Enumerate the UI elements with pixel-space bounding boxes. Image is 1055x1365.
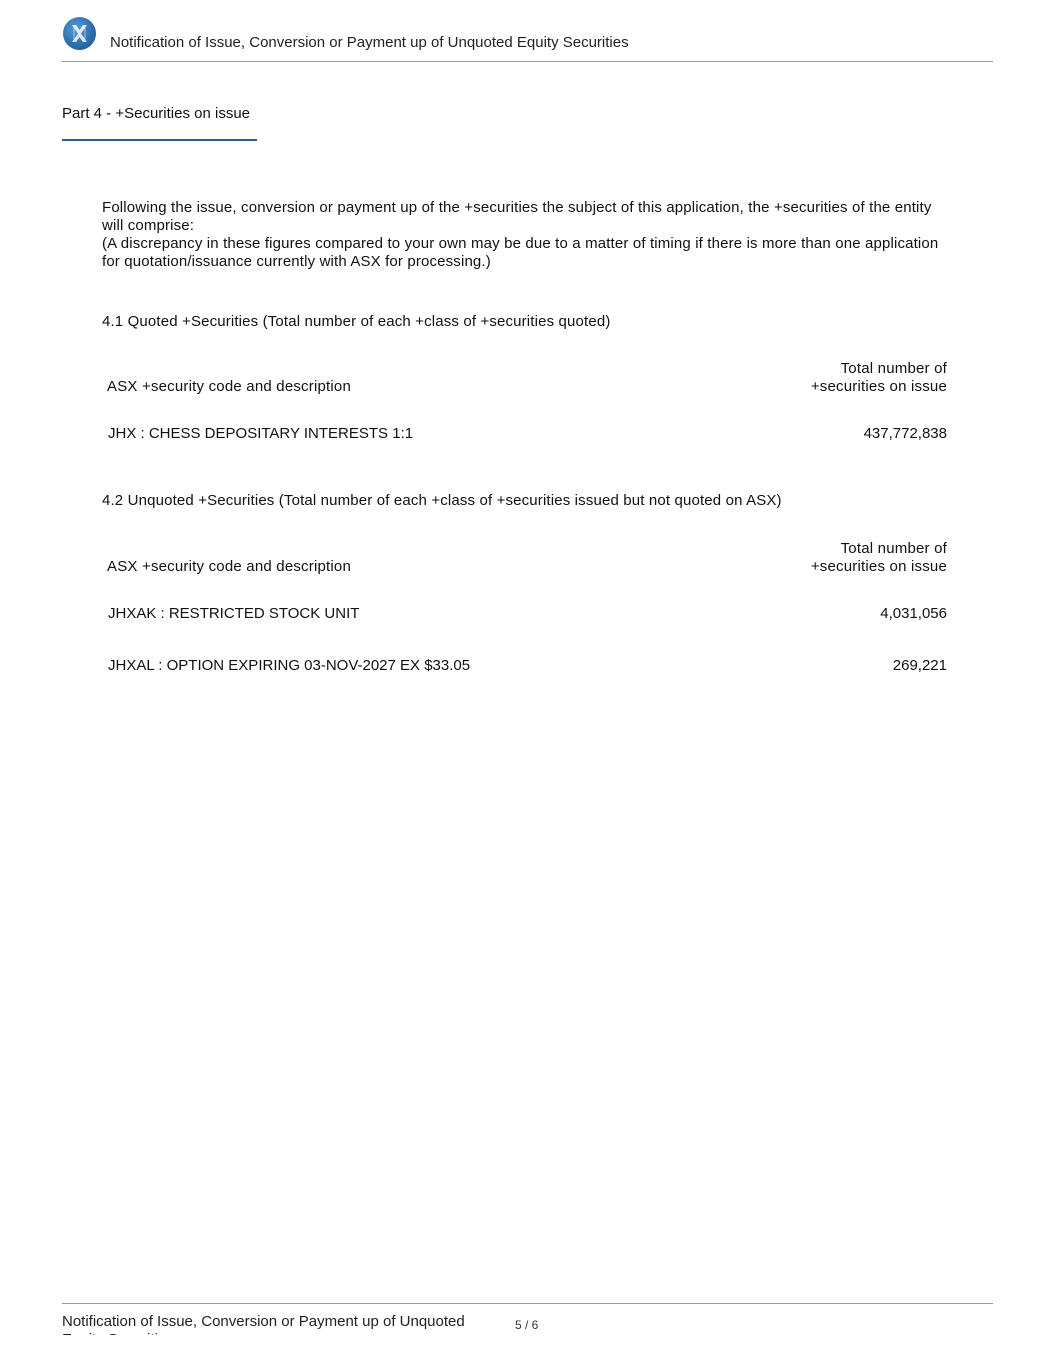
quoted-col-description: ASX +security code and description bbox=[107, 378, 351, 395]
quoted-col-total-line1: Total number of bbox=[811, 360, 947, 378]
unquoted-col-total-line1: Total number of bbox=[811, 540, 947, 558]
table-row-total: 437,772,838 bbox=[864, 425, 947, 442]
quoted-col-total: Total number of +securities on issue bbox=[811, 360, 947, 396]
table-row-description: JHX : CHESS DEPOSITARY INTERESTS 1:1 bbox=[108, 425, 413, 442]
unquoted-col-total-line2: +securities on issue bbox=[811, 558, 947, 576]
part-title: Part 4 - +Securities on issue bbox=[62, 105, 250, 122]
header-title: Notification of Issue, Conversion or Pay… bbox=[110, 34, 629, 51]
footer-title: Notification of Issue, Conversion or Pay… bbox=[62, 1313, 492, 1335]
intro-text: Following the issue, conversion or payme… bbox=[102, 199, 952, 271]
unquoted-section-title: 4.2 Unquoted +Securities (Total number o… bbox=[102, 492, 782, 509]
unquoted-col-description: ASX +security code and description bbox=[107, 558, 351, 575]
table-row-total: 269,221 bbox=[893, 657, 947, 674]
table-row-description: JHXAK : RESTRICTED STOCK UNIT bbox=[108, 605, 359, 622]
table-row-total: 4,031,056 bbox=[880, 605, 947, 622]
header-divider bbox=[62, 61, 993, 62]
intro-paragraph: Following the issue, conversion or payme… bbox=[102, 199, 952, 235]
unquoted-col-total: Total number of +securities on issue bbox=[811, 540, 947, 576]
intro-note: (A discrepancy in these figures compared… bbox=[102, 235, 952, 271]
table-row-description: JHXAL : OPTION EXPIRING 03-NOV-2027 EX $… bbox=[108, 657, 470, 674]
quoted-section-title: 4.1 Quoted +Securities (Total number of … bbox=[102, 313, 610, 330]
page-number: 5 / 6 bbox=[515, 1318, 538, 1332]
footer-divider bbox=[62, 1303, 993, 1304]
asx-logo-icon bbox=[63, 17, 96, 50]
part-title-underline bbox=[62, 139, 257, 141]
quoted-col-total-line2: +securities on issue bbox=[811, 378, 947, 396]
